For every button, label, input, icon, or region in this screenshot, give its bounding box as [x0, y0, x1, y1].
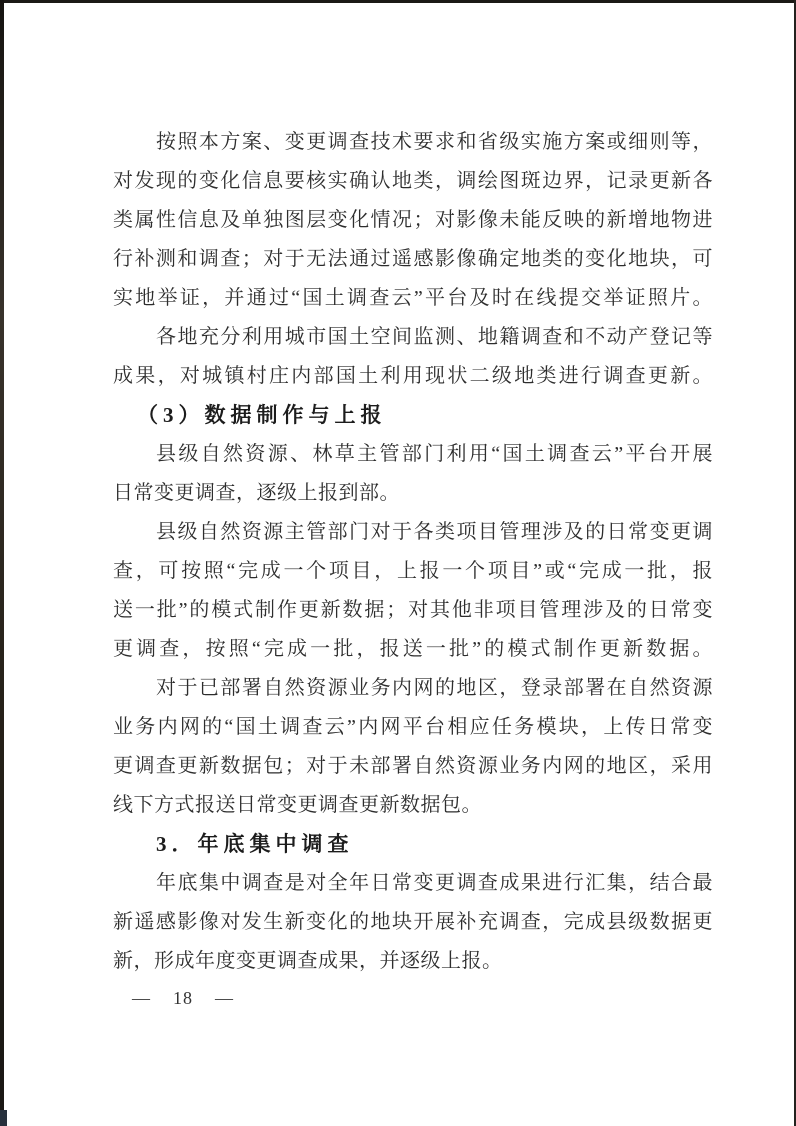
text-line: 各地充分利用城市国土空间监测、地籍调查和不动产登记等 [113, 318, 713, 357]
text-line: 更调查更新数据包；对于未部署自然资源业务内网的地区，采用 [113, 747, 713, 786]
scan-border-top [0, 0, 796, 3]
text-line: 对发现的变化信息要核实确认地类，调绘图斑边界，记录更新各 [113, 162, 713, 201]
text-line: 业务内网的“国土调查云”内网平台相应任务模块，上传日常变 [113, 708, 713, 747]
text-line: 线下方式报送日常变更调查更新数据包。 [113, 786, 713, 825]
text-line: 更调查，按照“完成一批，报送一批”的模式制作更新数据。 [113, 630, 713, 669]
section-heading-year-end-survey: 3．年底集中调查 [113, 825, 713, 864]
text-line: 新遥感影像对发生新变化的地块开展补充调查，完成县级数据更 [113, 903, 713, 942]
text-line: 成果，对城镇村庄内部国土利用现状二级地类进行调查更新。 [113, 357, 713, 396]
scan-artifact-bottom-left [0, 1110, 7, 1126]
page-number: 18 [173, 988, 193, 1009]
text-line: 县级自然资源主管部门对于各类项目管理涉及的日常变更调 [113, 513, 713, 552]
text-line: 行补测和调查；对于无法通过遥感影像确定地类的变化地块，可 [113, 240, 713, 279]
text-line: 实地举证，并通过“国土调查云”平台及时在线提交举证照片。 [113, 279, 713, 318]
text-line: 对于已部署自然资源业务内网的地区，登录部署在自然资源 [113, 669, 713, 708]
document-page: 按照本方案、变更调查技术要求和省级实施方案或细则等， 对发现的变化信息要核实确认… [0, 0, 796, 1126]
text-line: 按照本方案、变更调查技术要求和省级实施方案或细则等， [113, 123, 713, 162]
text-line: 类属性信息及单独图层变化情况；对影像未能反映的新增地物进 [113, 201, 713, 240]
text-line: 送一批”的模式制作更新数据；对其他非项目管理涉及的日常变 [113, 591, 713, 630]
footer-left-dash: — [132, 988, 151, 1009]
text-line: 日常变更调查，逐级上报到部。 [113, 474, 713, 513]
text-line: 新，形成年度变更调查成果，并逐级上报。 [113, 942, 713, 981]
document-body: 按照本方案、变更调查技术要求和省级实施方案或细则等， 对发现的变化信息要核实确认… [113, 123, 713, 1009]
scan-border-left [0, 0, 4, 1126]
text-line: 年底集中调查是对全年日常变更调查成果进行汇集，结合最 [113, 864, 713, 903]
text-line: 县级自然资源、林草主管部门利用“国土调查云”平台开展 [113, 435, 713, 474]
text-line: 查，可按照“完成一个项目，上报一个项目”或“完成一批，报 [113, 552, 713, 591]
page-footer: — 18 — [113, 988, 713, 1009]
footer-right-dash: — [215, 988, 234, 1009]
section-heading-data-production: （3）数据制作与上报 [113, 396, 713, 435]
